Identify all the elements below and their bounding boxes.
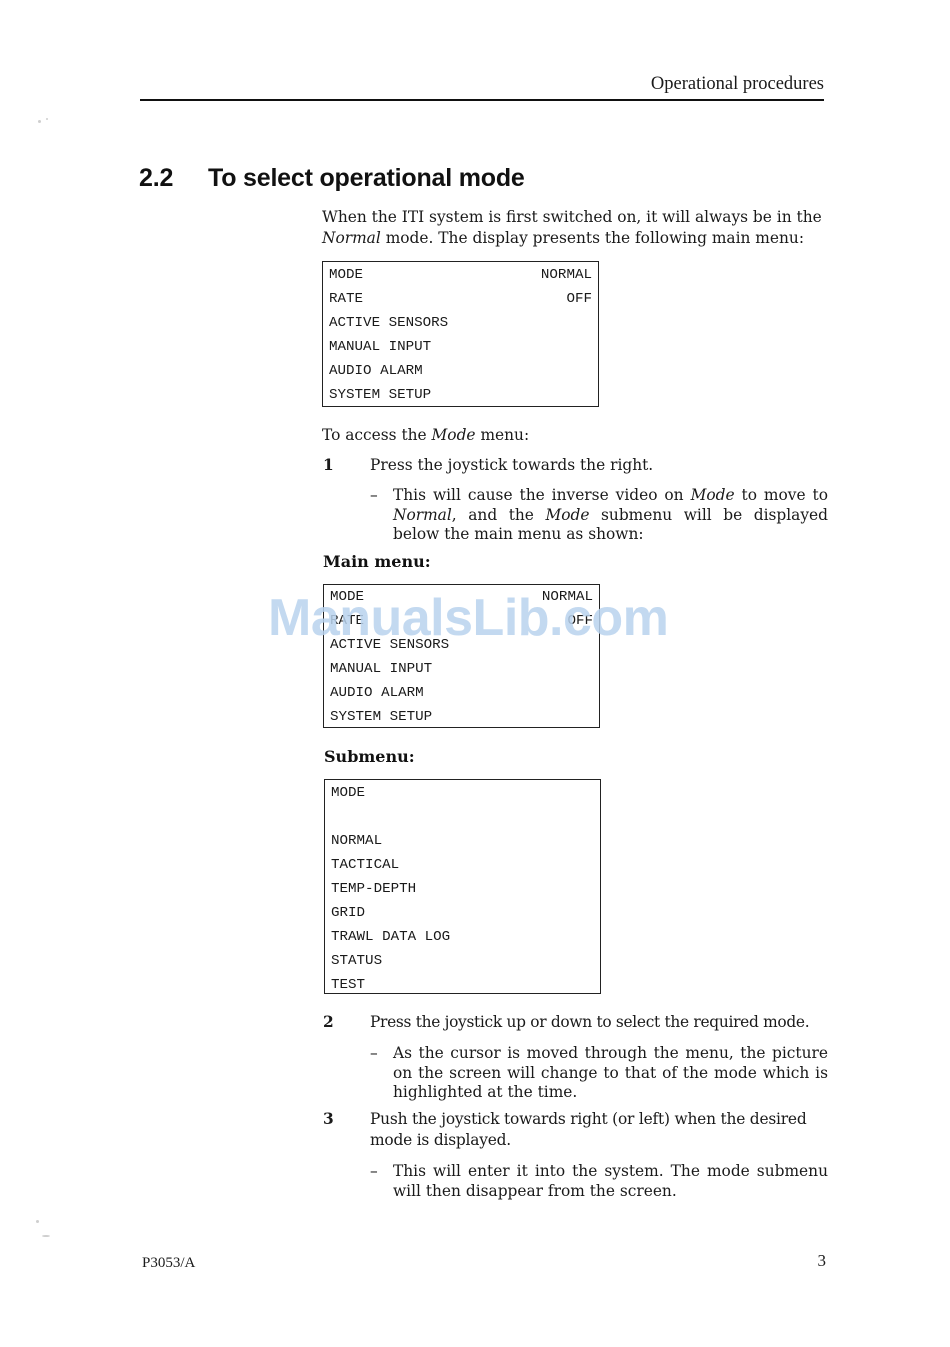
access-instruction: To access the Mode menu: <box>322 425 828 446</box>
menu-row-mode: MODENORMAL <box>324 585 599 609</box>
menu-row-manual-input: MANUAL INPUT <box>323 335 598 359</box>
main-menu-caption: Main menu: <box>323 552 431 571</box>
step-text: Push the joystick towards right (or left… <box>370 1109 830 1151</box>
step-3-note: – This will enter it into the system. Th… <box>370 1162 828 1201</box>
page-number: 3 <box>818 1251 827 1271</box>
submenu-spacer <box>325 805 600 829</box>
section-heading: 2.2To select operational mode <box>139 164 525 193</box>
menu-row-mode: MODENORMAL <box>323 263 598 287</box>
menu-row-active-sensors: ACTIVE SENSORS <box>324 633 599 657</box>
menu-row-system-setup: SYSTEM SETUP <box>323 383 598 407</box>
submenu-caption: Submenu: <box>324 747 415 766</box>
menu-row-audio-alarm: AUDIO ALARM <box>324 681 599 705</box>
running-header: Operational procedures <box>651 74 824 95</box>
scan-artifact <box>38 120 41 123</box>
submenu-item-grid: GRID <box>325 901 600 925</box>
header-rule <box>140 99 824 101</box>
section-number: 2.2 <box>139 164 208 193</box>
submenu-item-status: STATUS <box>325 949 600 973</box>
step-number: 2 <box>323 1012 334 1033</box>
submenu-item-test: TEST <box>325 973 600 997</box>
menu-row-audio-alarm: AUDIO ALARM <box>323 359 598 383</box>
menu-row-rate: RATEOFF <box>323 287 598 311</box>
dash-bullet: – <box>370 1044 378 1064</box>
scan-artifact <box>46 118 48 120</box>
dash-bullet: – <box>370 1162 378 1182</box>
main-menu-display: MODENORMAL RATEOFF ACTIVE SENSORS MANUAL… <box>322 261 599 407</box>
submenu-title: MODE <box>325 781 600 805</box>
step-text: Press the joystick up or down to select … <box>370 1012 830 1033</box>
menu-row-rate: RATEOFF <box>324 609 599 633</box>
submenu-item-normal: NORMAL <box>325 829 600 853</box>
step-2-note: – As the cursor is moved through the men… <box>370 1044 828 1103</box>
submenu-item-tactical: TACTICAL <box>325 853 600 877</box>
step-1-note: – This will cause the inverse video on M… <box>370 486 828 545</box>
submenu-display: MODE NORMAL TACTICAL TEMP-DEPTH GRID TRA… <box>324 779 601 994</box>
main-menu-display-after: MODENORMAL RATEOFF ACTIVE SENSORS MANUAL… <box>323 584 600 728</box>
step-number: 3 <box>323 1109 334 1130</box>
menu-row-active-sensors: ACTIVE SENSORS <box>323 311 598 335</box>
submenu-item-temp-depth: TEMP-DEPTH <box>325 877 600 901</box>
menu-row-system-setup: SYSTEM SETUP <box>324 705 599 729</box>
scan-artifact <box>42 1235 50 1237</box>
section-title: To select operational mode <box>208 164 525 192</box>
scan-artifact <box>36 1220 39 1223</box>
step-number: 1 <box>323 455 334 476</box>
dash-bullet: – <box>370 486 378 506</box>
step-text: Press the joystick towards the right. <box>370 455 830 476</box>
intro-paragraph: When the ITI system is first switched on… <box>322 207 828 249</box>
menu-row-manual-input: MANUAL INPUT <box>324 657 599 681</box>
document-code: P3053/A <box>142 1255 195 1272</box>
submenu-item-trawl-data-log: TRAWL DATA LOG <box>325 925 600 949</box>
